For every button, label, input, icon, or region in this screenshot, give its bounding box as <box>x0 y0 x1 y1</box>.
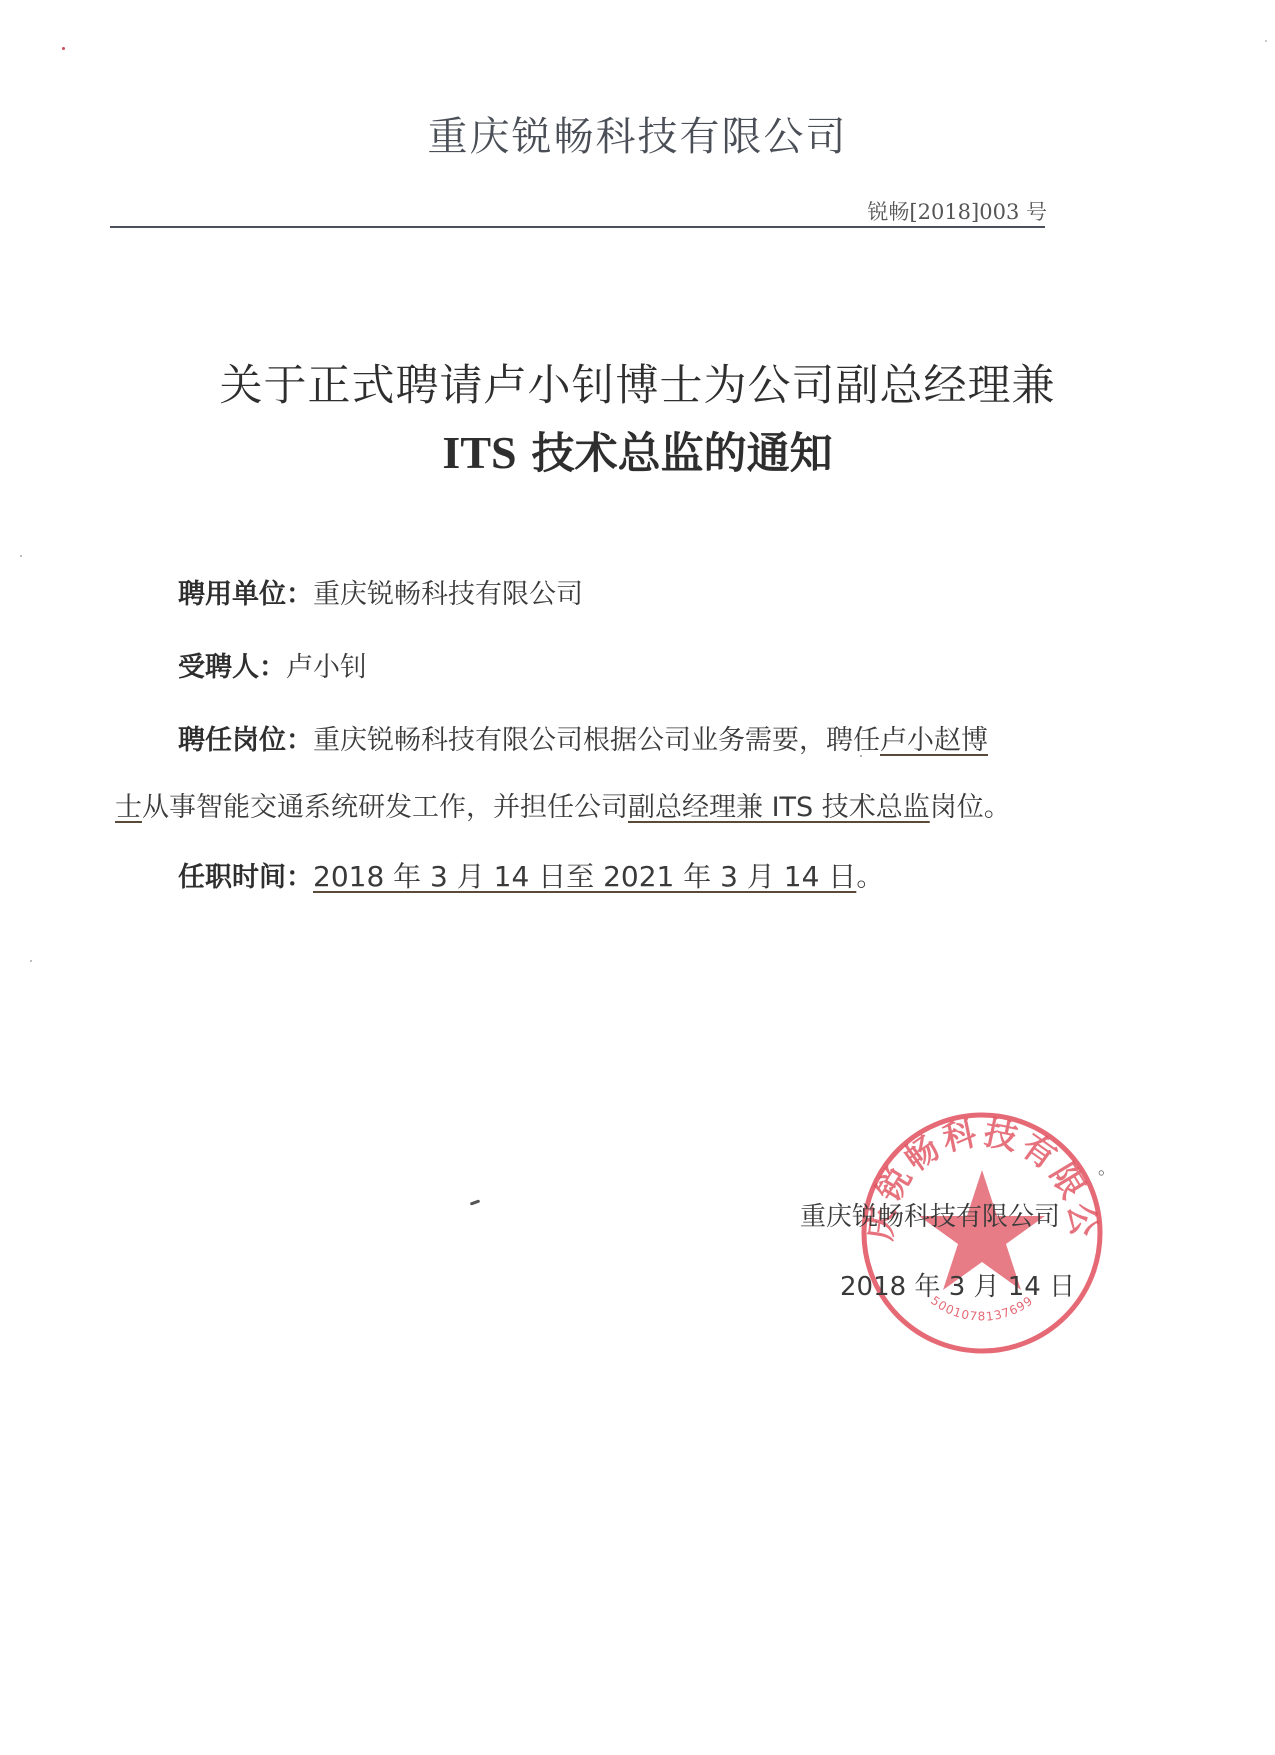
document-page: 重庆锐畅科技有限公司 锐畅[2018]003 号 关于正式聘请卢小钊博士为公司副… <box>0 0 1275 1755</box>
position-name-underlined-2: 士 <box>115 792 142 823</box>
position-role-underlined: 副总经理兼 ITS 技术总监 <box>628 792 930 823</box>
position-label: 聘任岗位： <box>178 725 313 756</box>
field-employer: 聘用单位：重庆锐畅科技有限公司 <box>178 572 583 611</box>
document-number: 锐畅[2018]003 号 <box>867 196 1047 226</box>
employee-value: 卢小钊 <box>286 652 367 683</box>
position-text-1: 重庆锐畅科技有限公司根据公司业务需要，聘任 <box>313 725 880 756</box>
term-label: 任职时间： <box>178 862 313 893</box>
signature-date: 2018 年 3 月 14 日 <box>840 1266 1075 1303</box>
field-term: 任职时间：2018 年 3 月 14 日至 2021 年 3 月 14 日。 <box>178 855 883 895</box>
scan-speck <box>1265 40 1267 42</box>
scan-speck <box>62 47 65 50</box>
title-its: ITS <box>442 427 516 478</box>
title-line-2-rest: 技术总监的通知 <box>517 429 833 479</box>
letterhead-company-name: 重庆锐畅科技有限公司 <box>0 105 1275 162</box>
position-text-3: 岗位。 <box>930 792 1011 823</box>
header-divider <box>110 226 1045 228</box>
scan-speck <box>470 1199 480 1205</box>
field-position-line-1: 聘任岗位：重庆锐畅科技有限公司根据公司业务需要，聘任卢小赵博 <box>178 718 988 757</box>
term-suffix: 。 <box>856 862 883 893</box>
signature-company: 重庆锐畅科技有限公司 <box>800 1196 1060 1233</box>
stray-mark: 。 <box>1098 1154 1116 1180</box>
employee-label: 受聘人： <box>178 652 286 683</box>
scan-speck <box>20 555 22 557</box>
notice-title-line-2: ITS 技术总监的通知 <box>0 420 1275 481</box>
field-employee: 受聘人：卢小钊 <box>178 645 367 684</box>
field-position-line-2: 士从事智能交通系统研发工作，并担任公司副总经理兼 ITS 技术总监岗位。 <box>115 785 1011 824</box>
notice-title-line-1: 关于正式聘请卢小钊博士为公司副总经理兼 <box>0 352 1275 413</box>
employer-value: 重庆锐畅科技有限公司 <box>313 579 583 610</box>
scan-speck <box>30 960 32 962</box>
position-name-underlined-1: 卢小赵博 <box>880 725 988 756</box>
company-seal-icon: 重庆锐畅科技有限公司 5001078137699 <box>857 1108 1107 1358</box>
scan-speck <box>860 755 862 757</box>
employer-label: 聘用单位： <box>178 579 313 610</box>
position-text-2: 从事智能交通系统研发工作，并担任公司 <box>142 792 628 823</box>
term-value: 2018 年 3 月 14 日至 2021 年 3 月 14 日 <box>313 860 856 893</box>
